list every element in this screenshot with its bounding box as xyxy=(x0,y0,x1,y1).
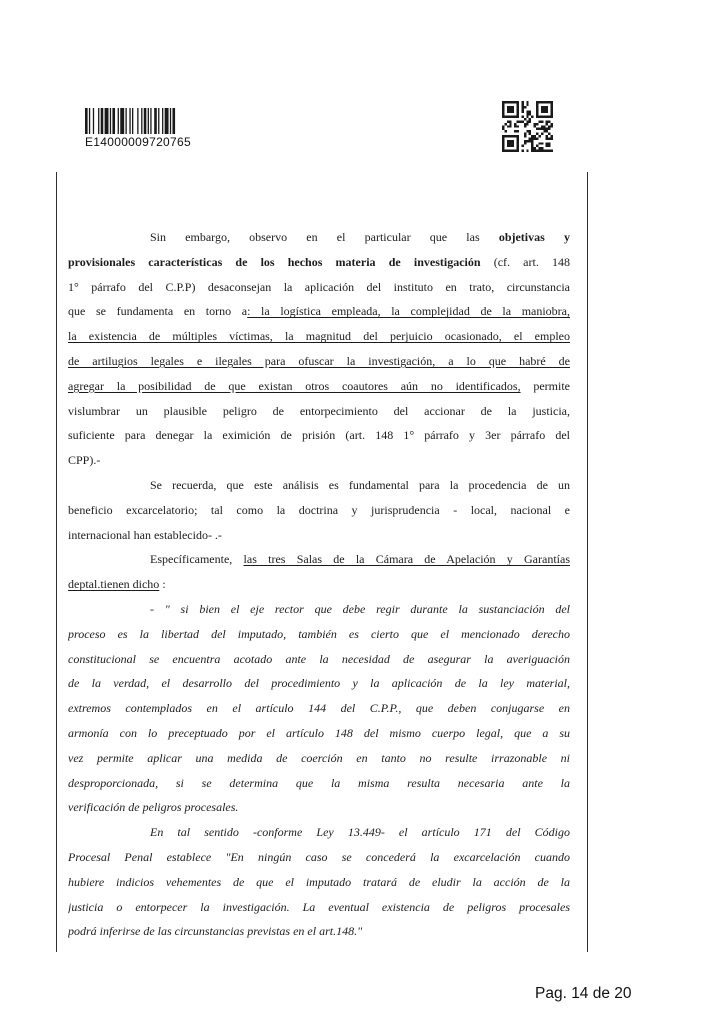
text-segment: las tres Salas de la Cámara de Apelación… xyxy=(244,552,570,566)
text-segment: proceso es la libertad del imputado, tam… xyxy=(68,627,570,641)
paragraph: En tal sentido -conforme Ley 13.449- el … xyxy=(68,820,570,944)
text-line: que se fundamenta en torno a: la logísti… xyxy=(68,299,570,324)
text-line: justicia o entorpecer la investigación. … xyxy=(68,895,570,920)
text-segment: Procesal Penal establece "En ningún caso… xyxy=(68,850,570,864)
paragraph: Sin embargo, observo en el particular qu… xyxy=(68,225,570,473)
text-line: armonía con lo preceptuado por el artícu… xyxy=(68,721,570,746)
text-line: constitucional se encuentra acotado ante… xyxy=(68,647,570,672)
barcode-value: E14000009720765 xyxy=(85,135,181,149)
text-line: Procesal Penal establece "En ningún caso… xyxy=(68,845,570,870)
text-line: agregar la posibilidad de que existan ot… xyxy=(68,374,570,399)
text-segment: suficiente para denegar la eximición de … xyxy=(68,428,570,442)
text-segment: : xyxy=(159,577,165,591)
text-segment: desproporcionada, si se determina que la… xyxy=(68,776,570,790)
text-segment: podrá inferirse de las circunstancias pr… xyxy=(68,924,362,938)
text-segment: verificación de peligros procesales. xyxy=(68,800,238,814)
text-line: Sin embargo, observo en el particular qu… xyxy=(68,225,570,250)
text-segment: hubiere indicios vehementes de que el im… xyxy=(68,875,570,889)
paragraph: - " si bien el eje rector que debe regir… xyxy=(68,597,570,820)
text-segment: - " si bien el eje rector que debe regir… xyxy=(150,602,570,616)
text-segment: beneficio excarcelatorio; tal como la do… xyxy=(68,503,570,517)
text-line: la existencia de múltiples víctimas, la … xyxy=(68,324,570,349)
text-line: 1° párrafo del C.P.P) desaconsejan la ap… xyxy=(68,275,570,300)
text-segment: de la verdad, el desarrollo del procedim… xyxy=(68,676,570,690)
text-segment: de artilugios legales e ilegales para of… xyxy=(68,354,570,368)
text-segment: objetivas y xyxy=(499,230,570,244)
document-body: Sin embargo, observo en el particular qu… xyxy=(68,225,570,944)
text-segment: 1° párrafo del C.P.P) desaconsejan la ap… xyxy=(68,280,570,294)
text-line: de artilugios legales e ilegales para of… xyxy=(68,349,570,374)
text-segment: permite xyxy=(521,379,570,393)
text-line: Específicamente, las tres Salas de la Cá… xyxy=(68,547,570,572)
text-line: vislumbrar un plausible peligro de entor… xyxy=(68,399,570,424)
text-segment: : la logística empleada, la complejidad … xyxy=(247,304,570,318)
text-line: Se recuerda, que este análisis es fundam… xyxy=(68,473,570,498)
text-segment: internacional han establecido- .- xyxy=(68,528,222,542)
text-segment: vez permite aplicar una medida de coerci… xyxy=(68,751,570,765)
text-line: internacional han establecido- .- xyxy=(68,523,570,548)
text-segment: armonía con lo preceptuado por el artícu… xyxy=(68,726,570,740)
text-line: extremos contemplados en el artículo 144… xyxy=(68,696,570,721)
text-line: En tal sentido -conforme Ley 13.449- el … xyxy=(68,820,570,845)
text-segment: (cf. art. 148 xyxy=(494,255,570,269)
text-segment: Sin embargo, observo en el particular qu… xyxy=(150,230,499,244)
text-line: podrá inferirse de las circunstancias pr… xyxy=(68,919,570,944)
text-segment: Específicamente, xyxy=(150,552,244,566)
text-line: desproporcionada, si se determina que la… xyxy=(68,771,570,796)
text-line: - " si bien el eje rector que debe regir… xyxy=(68,597,570,622)
text-line: proceso es la libertad del imputado, tam… xyxy=(68,622,570,647)
text-segment: provisionales características de los hec… xyxy=(68,255,494,269)
text-segment: Se recuerda, que este análisis es fundam… xyxy=(150,478,570,492)
text-line: deptal.tienen dicho : xyxy=(68,572,570,597)
text-line: CPP).- xyxy=(68,448,570,473)
text-segment: extremos contemplados en el artículo 144… xyxy=(68,701,570,715)
paragraph: Se recuerda, que este análisis es fundam… xyxy=(68,473,570,547)
barcode-icon xyxy=(85,108,179,134)
text-line: hubiere indicios vehementes de que el im… xyxy=(68,870,570,895)
text-segment: que se fundamenta en torno a xyxy=(68,304,247,318)
text-line: de la verdad, el desarrollo del procedim… xyxy=(68,671,570,696)
barcode: E14000009720765 xyxy=(85,108,181,149)
text-line: provisionales características de los hec… xyxy=(68,250,570,275)
paragraph: Específicamente, las tres Salas de la Cá… xyxy=(68,547,570,597)
qr-code-icon xyxy=(502,101,553,152)
qr-code-image xyxy=(502,101,553,152)
text-segment: deptal.tienen dicho xyxy=(68,577,159,591)
text-line: verificación de peligros procesales. xyxy=(68,795,570,820)
text-segment: En tal sentido -conforme Ley 13.449- el … xyxy=(150,825,570,839)
text-segment: CPP).- xyxy=(68,453,100,467)
text-segment: constitucional se encuentra acotado ante… xyxy=(68,652,570,666)
text-segment: agregar la posibilidad de que existan ot… xyxy=(68,379,521,393)
scanned-court-document-page: E14000009720765 Sin embargo, observo en … xyxy=(0,0,724,1024)
text-segment: justicia o entorpecer la investigación. … xyxy=(68,900,570,914)
text-line: vez permite aplicar una medida de coerci… xyxy=(68,746,570,771)
text-segment: vislumbrar un plausible peligro de entor… xyxy=(68,404,570,418)
text-segment: la existencia de múltiples víctimas, la … xyxy=(68,329,570,343)
page-number: Pag. 14 de 20 xyxy=(535,985,632,1003)
text-line: beneficio excarcelatorio; tal como la do… xyxy=(68,498,570,523)
text-line: suficiente para denegar la eximición de … xyxy=(68,423,570,448)
